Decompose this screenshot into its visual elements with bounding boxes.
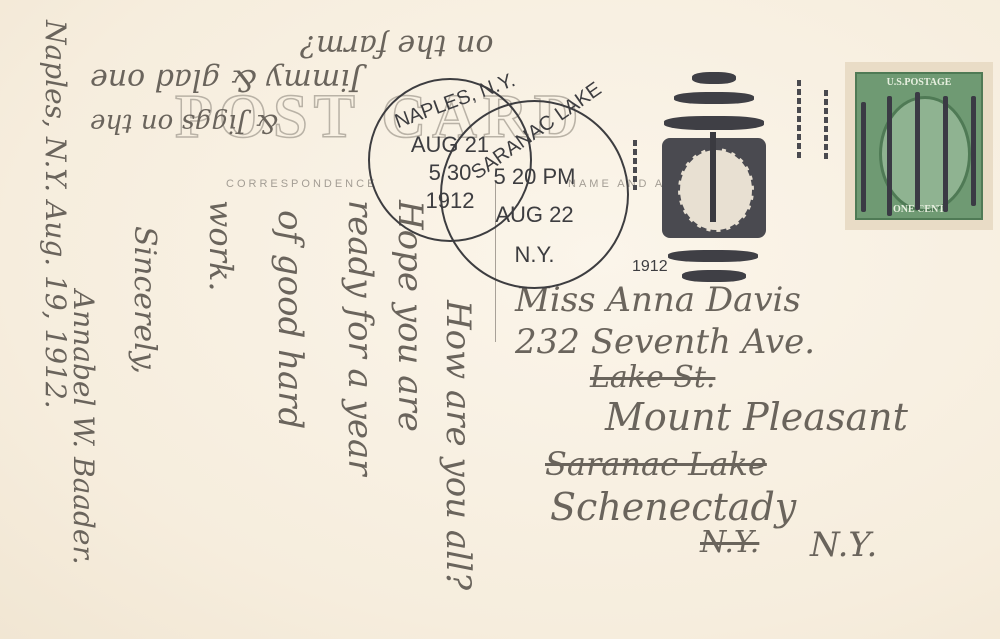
postmark-saranac-time: 5 20 PM — [442, 164, 627, 190]
postmark-saranac: SARANAC LAKE 5 20 PM AUG 22 N.Y. — [440, 100, 629, 289]
message-upside-line1: on the farm? — [300, 28, 493, 63]
address-line4: Mount Pleasant — [605, 395, 908, 439]
cancel-dash — [824, 90, 828, 160]
address-line5-struck: Saranac Lake — [545, 445, 767, 483]
message-col3: ready for a year — [340, 200, 380, 475]
cancel-dash — [797, 80, 801, 160]
cancellation-killer — [660, 72, 770, 282]
message-col4: of good hard — [270, 210, 310, 429]
message-closing: Sincerely, — [127, 226, 162, 374]
cancel-dash — [633, 140, 637, 190]
correspondence-label: CORRESPONDENCE — [226, 178, 377, 190]
address-line3-struck: Lake St. — [590, 360, 715, 395]
franklin-portrait-icon — [879, 96, 971, 212]
postcard-back: POST CARD CORRESPONDENCE NAME AND ADDRES… — [0, 0, 1000, 639]
postmark-saranac-state: N.Y. — [442, 242, 627, 268]
address-line2: 232 Seventh Ave. — [515, 322, 815, 362]
message-upside-line3: & Jiggs on the — [90, 108, 278, 138]
address-line6: Schenectady — [550, 485, 796, 529]
postmark-saranac-date: AUG 22 — [442, 202, 627, 228]
address-line8: N.Y. — [810, 525, 877, 565]
stamp-top-text: U.S.POSTAGE — [857, 77, 981, 88]
address-line7-struck: N.Y. — [700, 525, 759, 560]
message-dateline: Naples, N.Y. Aug. 19, 1912. — [39, 20, 72, 409]
message-col1: How are you all? — [438, 300, 478, 590]
postage-stamp: U.S.POSTAGE ONE CENT — [845, 62, 993, 230]
message-col5: work. — [202, 200, 240, 292]
message-upside-line2: Jimmy & glad one — [90, 62, 362, 97]
killer-year: 1912 — [632, 258, 668, 276]
